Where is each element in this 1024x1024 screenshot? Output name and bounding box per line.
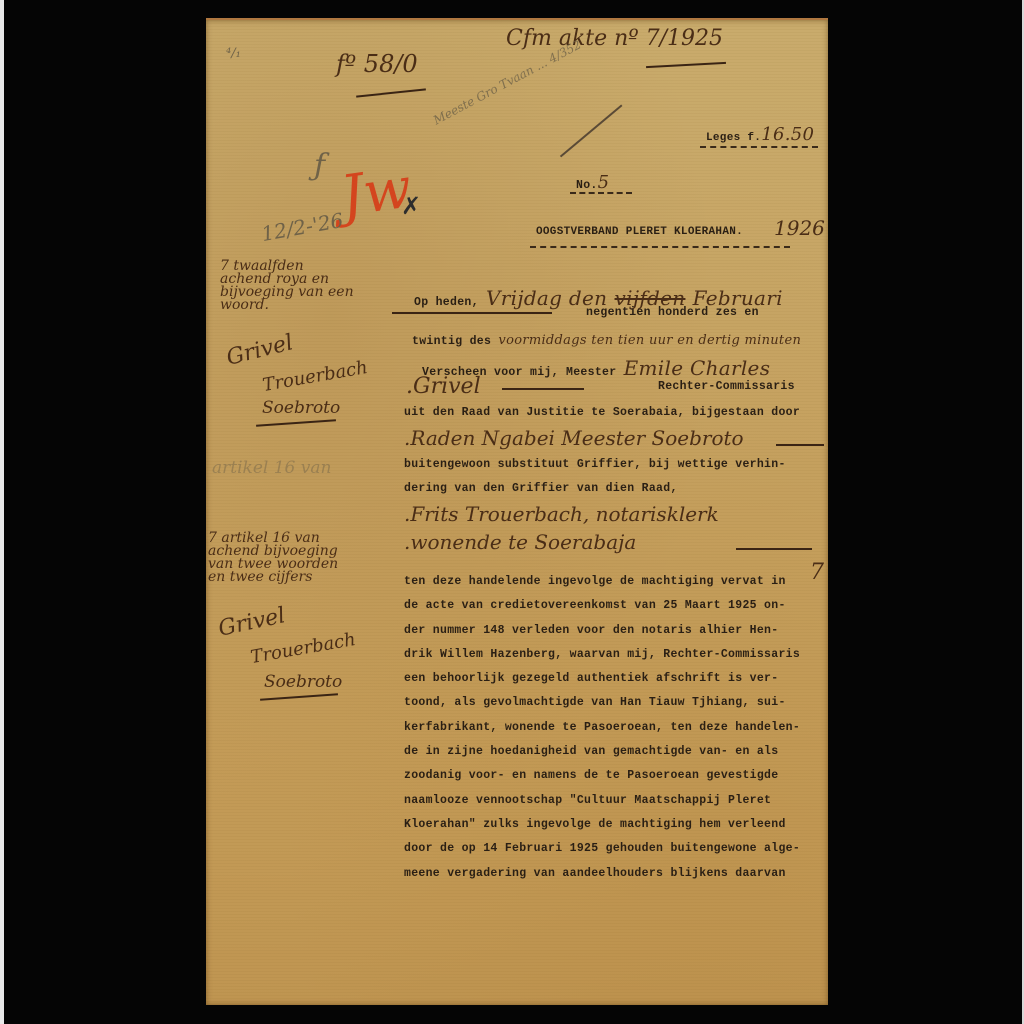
handwritten-clerk: .Frits Trouerbach, notarisklerk xyxy=(404,502,719,526)
handwritten-time: voormiddags ten tien uur en dertig minut… xyxy=(498,333,801,348)
document-year: 1926 xyxy=(774,216,825,240)
image-border-left xyxy=(0,0,4,1024)
typed-line: door de op 14 Februari 1925 gehouden bui… xyxy=(404,837,800,861)
insert-mark: 7 xyxy=(810,560,824,585)
margin-note-1: 7 twaalfden achend roya en bijvoeging va… xyxy=(220,260,354,312)
handwritten-griffier-name: .Raden Ngabei Meester Soebroto xyxy=(404,426,744,450)
margin-note-line: en twee cijfers xyxy=(208,571,338,584)
typed-line: der nummer 148 verleden voor den notaris… xyxy=(404,619,800,643)
typed-line: zoodanig voor- en namens de te Pasoeroea… xyxy=(404,764,800,788)
blank-line xyxy=(776,444,824,446)
body-line-3: twintig des voormiddags ten tien uur en … xyxy=(412,333,801,348)
blank-line xyxy=(502,388,584,390)
leges-value: 16.50 xyxy=(761,124,814,145)
body-line-2: negentien honderd zes en xyxy=(586,306,759,319)
typed-line: meene vergadering van aandeelhouders bli… xyxy=(404,862,800,886)
date-note: 12/2-'26 xyxy=(260,208,346,246)
typed-body-paragraph: ten deze handelende ingevolge de machtig… xyxy=(404,570,800,886)
typed-line: kerfabrikant, wonende te Pasoeroean, ten… xyxy=(404,716,800,740)
blank-line xyxy=(736,548,812,550)
typed-line: naamlooze vennootschap "Cultuur Maatscha… xyxy=(404,789,800,813)
signature-trouerbach-1: Trouerbach xyxy=(261,357,369,396)
blank-line xyxy=(392,312,552,314)
typed-text: Op heden, xyxy=(414,296,479,309)
typed-line: drik Willem Hazenberg, waarvan mij, Rech… xyxy=(404,643,800,667)
margin-note-2: 7 artikel 16 van achend bijvoeging van t… xyxy=(208,532,338,584)
document-page: ⁴/₁ fº 58/0 Cfm akte nº 7/1925 Meeste Gr… xyxy=(206,18,828,1005)
pencil-slash xyxy=(560,104,622,157)
signature-grivel-1: Grivel xyxy=(224,330,296,371)
cfm-akte-note: Cfm akte nº 7/1925 xyxy=(506,26,723,51)
faint-margin-note: artikel 16 van xyxy=(212,458,331,478)
signature-underline xyxy=(256,419,336,426)
leges-label: Leges f. xyxy=(706,132,761,144)
leges-field: Leges f.16.50 xyxy=(706,124,814,145)
typed-line: ten deze handelende ingevolge de machtig… xyxy=(404,570,800,594)
body-line-9: dering van den Griffier van dien Raad, xyxy=(404,482,678,495)
typed-text: twintig des xyxy=(412,335,491,348)
x-mark: ✗ xyxy=(401,192,421,220)
cfm-underline xyxy=(646,62,726,68)
pencil-symbol: ƒ xyxy=(314,148,325,183)
number-label: No. xyxy=(576,179,598,192)
signature-soebroto-1: Soebroto xyxy=(262,398,340,418)
corner-mark: ⁴/₁ xyxy=(226,46,241,61)
leges-dashline xyxy=(700,146,818,148)
body-line-8: buitengewoon substituut Griffier, bij we… xyxy=(404,458,786,471)
typed-line: Kloerahan" zulks ingevolge de machtiging… xyxy=(404,813,800,837)
handwritten-surname: .Grivel xyxy=(406,374,481,399)
signature-soebroto-2: Soebroto xyxy=(264,672,342,692)
number-field: No.5 xyxy=(576,172,609,193)
typed-line: de in zijne hoedanigheid van gemachtigde… xyxy=(404,740,800,764)
typed-line: toond, als gevolmachtigde van Han Tiauw … xyxy=(404,691,800,715)
typed-line: de acte van credietovereenkomst van 25 M… xyxy=(404,594,800,618)
number-dashline xyxy=(570,192,632,194)
signature-underline xyxy=(260,693,338,700)
title-dashline xyxy=(530,246,790,248)
body-line-5-title: Rechter-Commissaris xyxy=(658,380,795,393)
signature-trouerbach-2: Trouerbach xyxy=(249,629,357,668)
typed-line: een behoorlijk gezegeld authentiek afsch… xyxy=(404,667,800,691)
signature-grivel-2: Grivel xyxy=(216,603,287,642)
body-line-6: uit den Raad van Justitie te Soerabaia, … xyxy=(404,406,800,419)
handwritten-residence: .wonende te Soerabaja xyxy=(404,530,636,554)
number-value: 5 xyxy=(598,172,610,193)
margin-note-line: woord. xyxy=(220,299,354,312)
handwritten-name: Emile Charles xyxy=(624,356,771,380)
folio-underline xyxy=(356,88,426,97)
document-title: OOGSTVERBAND PLERET KLOERAHAN. xyxy=(536,226,743,238)
folio-note: fº 58/0 xyxy=(336,50,418,78)
